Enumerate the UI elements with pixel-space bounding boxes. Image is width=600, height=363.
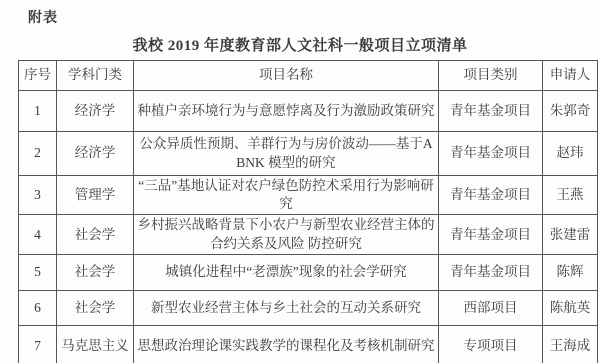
cell-no: 2 [19,132,57,176]
cell-applicant: 赵玮 [543,132,598,176]
cell-no: 5 [19,254,57,290]
header-no: 序号 [19,61,57,91]
table-header-row: 序号 学科门类 项目名称 项目类别 申请人 [19,61,598,91]
cell-applicant: 张建雷 [543,215,598,254]
header-category: 项目类别 [439,61,543,91]
cell-discipline: 管理学 [57,176,134,215]
table-row: 5 社会学 城镇化进程中“老漂族”现象的社会学研究 青年基金项目 陈辉 [19,254,598,290]
table-row: 2 经济学 公众异质性预期、羊群行为与房价波动——基于ABNK 模型的研究 青年… [19,132,598,176]
cell-discipline: 经济学 [57,91,134,132]
page-title: 我校 2019 年度教育部人文社科一般项目立项清单 [0,34,600,55]
cell-no: 1 [19,91,57,132]
cell-applicant: 王燕 [543,176,598,215]
cell-category: 青年基金项目 [439,215,543,254]
cell-project: “三品”基地认证对农户绿色防控术采用行为影响研究 [134,176,439,215]
document-page: 附表 我校 2019 年度教育部人文社科一般项目立项清单 序号 学科门类 项目名… [0,0,600,363]
cell-no: 4 [19,215,57,254]
cell-applicant: 陈辉 [543,254,598,290]
cell-category: 西部项目 [439,290,543,325]
cell-applicant: 陈航英 [543,290,598,325]
cell-discipline: 经济学 [57,132,134,176]
table-row: 7 马克思主义 思想政治理论课实践教学的课程化及考核机制研究 专项项目 王海成 [19,325,598,363]
table-row: 3 管理学 “三品”基地认证对农户绿色防控术采用行为影响研究 青年基金项目 王燕 [19,176,598,215]
cell-applicant: 朱郭奇 [543,91,598,132]
cell-no: 6 [19,290,57,325]
cell-discipline: 马克思主义 [57,325,134,363]
table-row: 6 社会学 新型农业经营主体与乡土社会的互动关系研究 西部项目 陈航英 [19,290,598,325]
cell-category: 青年基金项目 [439,176,543,215]
header-applicant: 申请人 [543,61,598,91]
cell-no: 7 [19,325,57,363]
table-row: 4 社会学 乡村振兴战略背景下小农户与新型农业经营主体的合约关系及风险 防控研究… [19,215,598,254]
cell-category: 专项项目 [439,325,543,363]
cell-category: 青年基金项目 [439,91,543,132]
cell-project: 城镇化进程中“老漂族”现象的社会学研究 [134,254,439,290]
cell-no: 3 [19,176,57,215]
cell-discipline: 社会学 [57,215,134,254]
header-project: 项目名称 [134,61,439,91]
cell-discipline: 社会学 [57,254,134,290]
header-discipline: 学科门类 [57,61,134,91]
cell-discipline: 社会学 [57,290,134,325]
cell-category: 青年基金项目 [439,132,543,176]
cell-applicant: 王海成 [543,325,598,363]
cell-project: 思想政治理论课实践教学的课程化及考核机制研究 [134,325,439,363]
cell-project: 公众异质性预期、羊群行为与房价波动——基于ABNK 模型的研究 [134,132,439,176]
appendix-label: 附表 [0,0,600,27]
cell-category: 青年基金项目 [439,254,543,290]
cell-project: 乡村振兴战略背景下小农户与新型农业经营主体的合约关系及风险 防控研究 [134,215,439,254]
cell-project: 种植户亲环境行为与意愿悖离及行为激励政策研究 [134,91,439,132]
cell-project: 新型农业经营主体与乡土社会的互动关系研究 [134,290,439,325]
table-row: 1 经济学 种植户亲环境行为与意愿悖离及行为激励政策研究 青年基金项目 朱郭奇 [19,91,598,132]
project-approval-table: 序号 学科门类 项目名称 项目类别 申请人 1 经济学 种植户亲环境行为与意愿悖… [18,60,598,363]
